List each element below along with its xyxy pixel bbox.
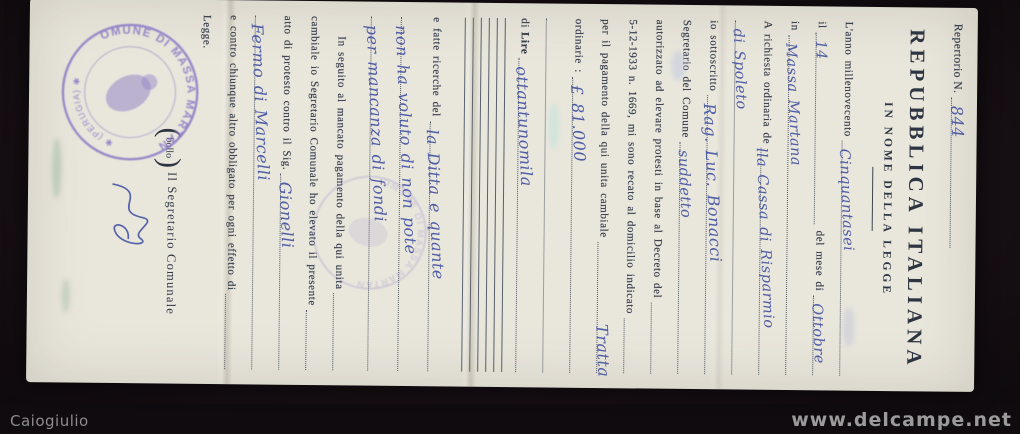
- form-line-ordinarie: ordinarie : £ 81.000: [569, 19, 600, 373]
- mese-rule: Ottobre: [812, 295, 814, 375]
- stamp-sub-text: ✱ (PERUGIA) ✱: [59, 72, 117, 155]
- seguito2-rule: [305, 310, 307, 370]
- dilire-label: di: [519, 18, 531, 32]
- ink-smudge: [62, 278, 70, 312]
- page-title: REPUBBLICA ITALIANA: [901, 7, 930, 391]
- contro2-text: Legge.: [200, 15, 212, 53]
- ordinarie-rule: £ 81.000: [569, 77, 573, 373]
- segretario-handwritten: suddetto: [675, 150, 694, 219]
- repertorio-number-handwritten: 844: [947, 105, 967, 138]
- ordinarie-label: ordinarie :: [572, 19, 585, 77]
- svg-text:✱ (PERUGIA) ✱: ✱ (PERUGIA) ✱: [59, 72, 117, 155]
- watermark-seller: Caiogiulio: [10, 412, 89, 430]
- mese-handwritten: Ottobre: [808, 303, 827, 364]
- giorno-label: il: [816, 21, 828, 32]
- form-line-blank: [542, 18, 573, 372]
- decreto-rule: [623, 318, 625, 373]
- richiesta-rule: lla Cassa di Risparmio: [758, 148, 761, 375]
- ordinarie-handwritten: £ 81.000: [567, 85, 589, 163]
- ink-smudge: [52, 138, 62, 198]
- mese-label: del mese di: [813, 225, 826, 296]
- photo-listing: Repertorio N. 844 REPUBBLICA ITALIANA IN…: [0, 0, 1020, 434]
- watermark-site: www.delcampe.net: [791, 409, 1012, 431]
- segretario-rule: suddetto: [677, 142, 680, 374]
- sig-label: atto di protesto contro il Sig.: [280, 16, 294, 175]
- richiesta-label: A richiesta ordinaria de: [761, 21, 774, 148]
- repertorio-label: Repertorio N.: [951, 24, 964, 98]
- anno-handwritten: Cinquantasei: [836, 149, 856, 252]
- form-line-sig: atto di protesto contro il Sig. Gionelli: [278, 16, 309, 370]
- seguito1-rule: [332, 294, 334, 371]
- form-line-dilire: di Lire ottantunomila: [515, 18, 546, 372]
- repertorio-rule: 844: [949, 97, 952, 247]
- pagamento-label: per il pagamento della qui unita cambial…: [598, 19, 612, 242]
- repertorio-line: Repertorio N. 844: [948, 24, 964, 376]
- sottoscritto-rule: Rag. Luc. Bonacci: [704, 95, 708, 374]
- autorizzato-rule: [650, 302, 652, 373]
- divider-rule: [872, 167, 874, 231]
- richiesta2-handwritten: di Spoleto: [730, 28, 749, 110]
- autorizzato-text: autorizzato ad elevare protesti in base …: [651, 20, 666, 303]
- luogo-label: in: [789, 21, 801, 35]
- form-line-pagamento: per il pagamento della qui unita cambial…: [596, 19, 627, 373]
- pagamento-rule: Tratta: [596, 242, 598, 373]
- page-subtitle: IN NOME DELLA LEGGE: [879, 7, 895, 391]
- segretario-label: Segretario del Comune: [680, 20, 693, 142]
- decreto-text: 5-12-1933 n. 1669, mi sono recato al dom…: [624, 19, 639, 318]
- pagamento-handwritten: Tratta: [592, 323, 613, 377]
- sig-handwritten: Gionelli: [275, 182, 297, 249]
- sig-rule: Gionelli: [278, 174, 281, 370]
- anno-rule: Cinquantasei: [839, 141, 842, 376]
- anno-label: L'anno millenovecento: [842, 22, 855, 141]
- form-line-decreto: 5-12-1933 n. 1669, mi sono recato al dom…: [623, 19, 654, 373]
- ricerche-label: e fatte ricerche del: [430, 17, 443, 121]
- dilire-rule: ottantunomila: [515, 58, 519, 372]
- dilire-bold-label: Lire: [518, 32, 530, 58]
- document-page: Repertorio N. 844 REPUBBLICA ITALIANA IN…: [26, 0, 978, 392]
- dilire-handwritten: ottantunomila: [512, 66, 536, 187]
- giorno-handwritten: 14: [812, 40, 829, 60]
- photo-frame: Repertorio N. 844 REPUBBLICA ITALIANA IN…: [0, 0, 1020, 404]
